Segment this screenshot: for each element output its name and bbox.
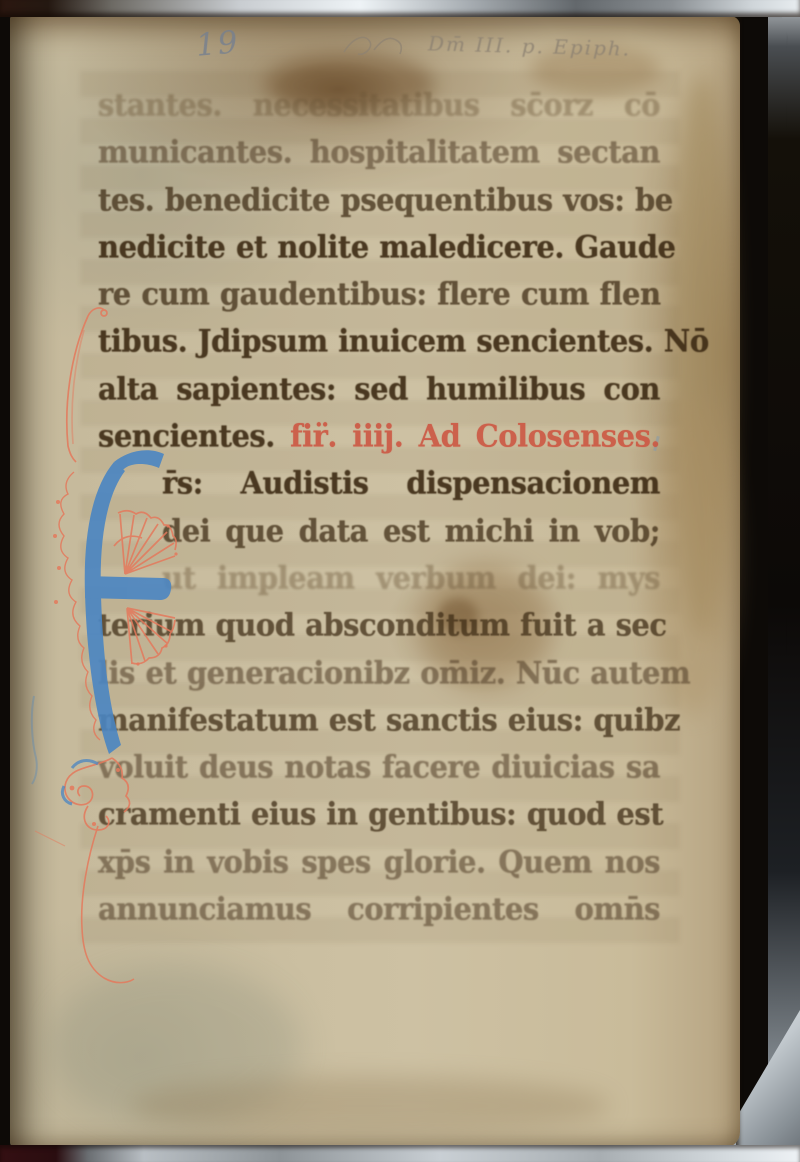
line-text: terium quod absconditum fuit a sec xyxy=(98,607,667,643)
text-line: voluit deus notas facere diuicias sa xyxy=(98,743,660,793)
ink-scribble xyxy=(340,30,420,66)
red-penwork xyxy=(35,308,176,983)
text-line: alta sapientes: sed humilibus con xyxy=(98,365,660,415)
initial-blue-body xyxy=(85,450,172,754)
metal-clamp-top xyxy=(0,0,800,17)
line-text: nedicite et nolite maledicere. Gaude xyxy=(98,229,675,265)
text-line: stantes. necessitatibus sc̄orz cō xyxy=(98,81,660,131)
manuscript-page: 19 Dm̄ III. p. Epiph. stantes. necessita… xyxy=(10,16,740,1148)
text-line: tibus. Jdipsum inuicem sencientes. Nō xyxy=(98,317,660,367)
line-text: cramenti eius in gentibus: quod est xyxy=(98,797,663,833)
text-line: nedicite et nolite maledicere. Gaude xyxy=(98,223,660,273)
text-block: stantes. necessitatibus sc̄orz cō munica… xyxy=(98,82,660,933)
text-line: r̄s: Audistis dispensacionem xyxy=(98,459,660,509)
illuminated-initial-F xyxy=(28,296,178,991)
line-text: lis et generacionibz om̄iz. Nūc autem xyxy=(98,655,690,691)
metal-clamp-bottom xyxy=(0,1145,800,1162)
text-line: ut impleam verbum dei: mys xyxy=(98,554,660,604)
text-line: sencientes. fir̈. iiij. Ad Colosenses. xyxy=(98,412,660,462)
line-text: annunciamus corripientes omn̄s xyxy=(98,891,660,927)
penwork-dots xyxy=(53,500,178,826)
text-line: xp̄s in vobis spes glorie. Quem nos xyxy=(98,838,660,888)
line-text: tes. benedicite psequentibus vos: be xyxy=(98,182,673,218)
text-line: re cum gaudentibus: flere cum flen xyxy=(98,270,660,320)
line-text: r̄s: Audistis dispensacionem xyxy=(162,465,660,501)
line-text: stantes. necessitatibus sc̄orz cō xyxy=(98,87,660,123)
text-line: dei que data est michi in vob; xyxy=(98,506,660,556)
line-text: re cum gaudentibus: flere cum flen xyxy=(98,276,661,312)
line-text: municantes. hospitalitatem sectan xyxy=(98,134,660,170)
inscription: Dm̄ III. p. Epiph. xyxy=(428,31,632,60)
rubric-heading: fir̈. iiij. Ad Colosenses. xyxy=(290,418,660,454)
text-line: annunciamus corripientes omn̄s xyxy=(98,885,660,935)
text-line: terium quod absconditum fuit a sec xyxy=(98,601,660,651)
line-text: voluit deus notas facere diuicias sa xyxy=(98,749,660,785)
text-line: cramenti eius in gentibus: quod est xyxy=(98,790,660,840)
stain xyxy=(130,1076,610,1136)
text-line: municantes. hospitalitatem sectan xyxy=(98,128,660,178)
text-line: manifestatum est sanctis eius: quibz xyxy=(98,696,660,746)
line-text: xp̄s in vobis spes glorie. Quem nos xyxy=(98,844,660,880)
line-text: tibus. Jdipsum inuicem sencientes. Nō xyxy=(98,324,709,360)
line-text: manifestatum est sanctis eius: quibz xyxy=(98,702,680,738)
line-text: dei que data est michi in vob; xyxy=(162,513,660,549)
line-text: alta sapientes: sed humilibus con xyxy=(98,371,660,407)
text-line: lis et generacionibz om̄iz. Nūc autem xyxy=(98,648,660,698)
line-text: ut impleam verbum dei: mys xyxy=(162,560,660,596)
folio-number: 19 xyxy=(195,24,241,64)
text-line: tes. benedicite psequentibus vos: be xyxy=(98,175,660,225)
manuscript-photo: 19 Dm̄ III. p. Epiph. stantes. necessita… xyxy=(0,0,800,1162)
page-stack-edges xyxy=(736,14,788,1154)
